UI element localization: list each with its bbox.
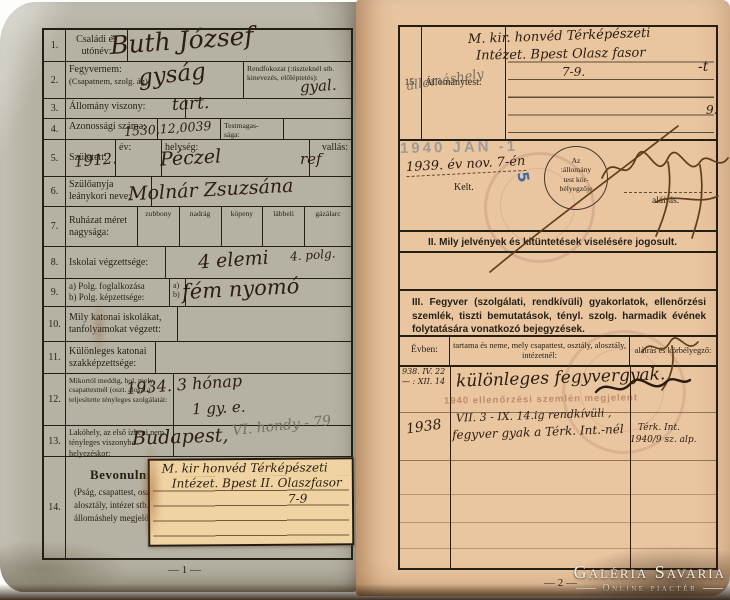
row-number: 14. — [44, 457, 66, 558]
col-gazalarc: gázálarc — [308, 209, 348, 218]
col-zubbony: zubbony — [141, 209, 176, 218]
label-status: Állomány viszony: — [69, 101, 182, 113]
col-labbeli: lábbeli — [266, 209, 301, 218]
row-number: 8. — [44, 247, 66, 278]
col-kopeny: köpeny — [225, 209, 260, 218]
hw-religion: ref — [300, 152, 322, 167]
hw-rank: gyal. — [300, 78, 338, 96]
row-number: 11. — [44, 342, 66, 373]
row-number: 6. — [44, 177, 66, 206]
header-entry: tartama és neme, mely csapattest, osztál… — [453, 341, 626, 362]
booklet-page-2: 15. Állománytest: II. Mily jelvények és … — [356, 0, 730, 596]
label-clothing: Ruházat méret nagysága: — [69, 215, 134, 239]
hw-record2-sign-1: Térk. Int. — [638, 424, 680, 433]
hw-unit-line2: Intézet. Bpest Olasz fasor — [476, 47, 646, 63]
record-table-header: Évben: tartama és neme, mely csapattest,… — [400, 335, 716, 367]
hw-sticker-line3: 7-9 — [288, 493, 307, 505]
circle-text-1: Az — [545, 156, 607, 165]
watermark-dash-left — [576, 588, 596, 589]
signature-line — [624, 192, 712, 193]
page-number-1: — 1 — — [168, 564, 201, 576]
hw-residence: Budapest, — [132, 426, 229, 448]
label-occupation-a: a) Polg. foglalkozása — [69, 281, 166, 292]
label-height-1: Testmagas- — [224, 121, 280, 130]
row-line-4 — [400, 522, 716, 523]
pasted-label: M. kir honvéd Térképészeti Intézet. Bpes… — [148, 457, 355, 546]
circle-text-3: test kör- — [545, 175, 607, 184]
hw-margin-9: 9. — [706, 104, 717, 116]
page-number-2: — 2 — — [544, 577, 577, 589]
label-education: Iskolai végzettsége: — [69, 257, 148, 269]
hw-service-2: 1 gy. e. — [192, 400, 246, 418]
value-area — [284, 119, 351, 139]
hw-education: 4 elemi — [197, 249, 269, 273]
watermark: Galéria Savaria Online piactér — [574, 562, 726, 594]
row-special-training: 11. Különleges katonai szakképzettsége: — [44, 342, 351, 374]
label-kelt: Kelt. — [454, 182, 474, 194]
label-occupation-b: b) Polg. képzettsége: — [69, 292, 166, 303]
col-nadrag: nadrág — [183, 209, 218, 218]
hw-record2-sign-2: 1940/9 sz. alp. — [630, 436, 696, 445]
row-number: 7. — [44, 207, 66, 246]
row-number: 10. — [44, 307, 66, 341]
hw-status: tart. — [172, 95, 210, 114]
hw-record1-year-2: — : XII. 14 — [402, 378, 445, 386]
watermark-subtitle-row: Online piactér — [574, 583, 726, 594]
circle-text-4: bélyegzője — [545, 184, 607, 193]
value-area — [178, 307, 351, 341]
row-number: 5. — [44, 140, 66, 176]
hw-sticker-line1: M. kir honvéd Térképészeti — [162, 461, 328, 474]
row-number: 13. — [44, 426, 66, 456]
row-number: 4. — [44, 119, 66, 139]
header-year: Évben: — [411, 345, 438, 356]
hw-education-2: 4. polg. — [290, 247, 336, 262]
unit-stamp-circle: Az :állomány test kör- bélyegzője — [544, 146, 608, 210]
row-military-schools: 10. Mily katonai iskolákat, tanfolyamoka… — [44, 307, 351, 342]
label-special-training: Különleges katonai szakképzettsége: — [69, 346, 152, 370]
label-height-2: sága: — [224, 130, 280, 139]
label-year: év: — [119, 142, 158, 154]
row-line-3 — [400, 494, 716, 495]
value-area — [156, 342, 351, 373]
watermark-title: Galéria Savaria — [574, 562, 726, 583]
watermark-subtitle: Online piactér — [602, 583, 697, 594]
hw-unit-line3: 7-9. — [562, 66, 585, 78]
hw-birth-place: Péczel — [160, 147, 222, 169]
section-2-header: II. Mily jelvények és kitüntetések visel… — [400, 230, 716, 253]
service-record-table: 15. Állománytest: II. Mily jelvények és … — [398, 25, 718, 570]
document-photo: 1. Családi és utónév: 2. Fegyvernem: (Cs… — [0, 0, 730, 600]
row-line-5 — [400, 548, 716, 549]
row-clothing: 7. Ruházat méret nagysága: zubbony nadrá… — [44, 207, 351, 247]
hw-birth-year: 1912. — [73, 151, 117, 170]
hw-margin-t: -t — [698, 60, 708, 74]
label-military-schools: Mily katonai iskolákat, tanfolyamokat vé… — [69, 312, 174, 336]
hw-sticker-line2: Intézet. Bpest II. Olaszfasor — [172, 476, 342, 489]
booklet-page-1: 1. Családi és utónév: 2. Fegyvernem: (Cs… — [0, 2, 362, 592]
header-sign: aláírás és körbélyegző: — [633, 346, 713, 357]
circle-text-2: :állomány — [545, 165, 607, 174]
value-area — [186, 99, 351, 118]
row-number: 2. — [44, 62, 66, 98]
row-number: 1. — [44, 30, 66, 61]
row-number: 9. — [44, 279, 66, 306]
label-alairas: aláírás. — [652, 196, 679, 207]
row-number: 12. — [44, 374, 66, 425]
mark-b: b) — [173, 290, 182, 299]
hw-record1-year-1: 938. IV. 22 — [402, 368, 445, 376]
row-number: 3. — [44, 99, 66, 118]
row-line-2 — [400, 460, 716, 461]
watermark-dash-right — [703, 588, 723, 589]
